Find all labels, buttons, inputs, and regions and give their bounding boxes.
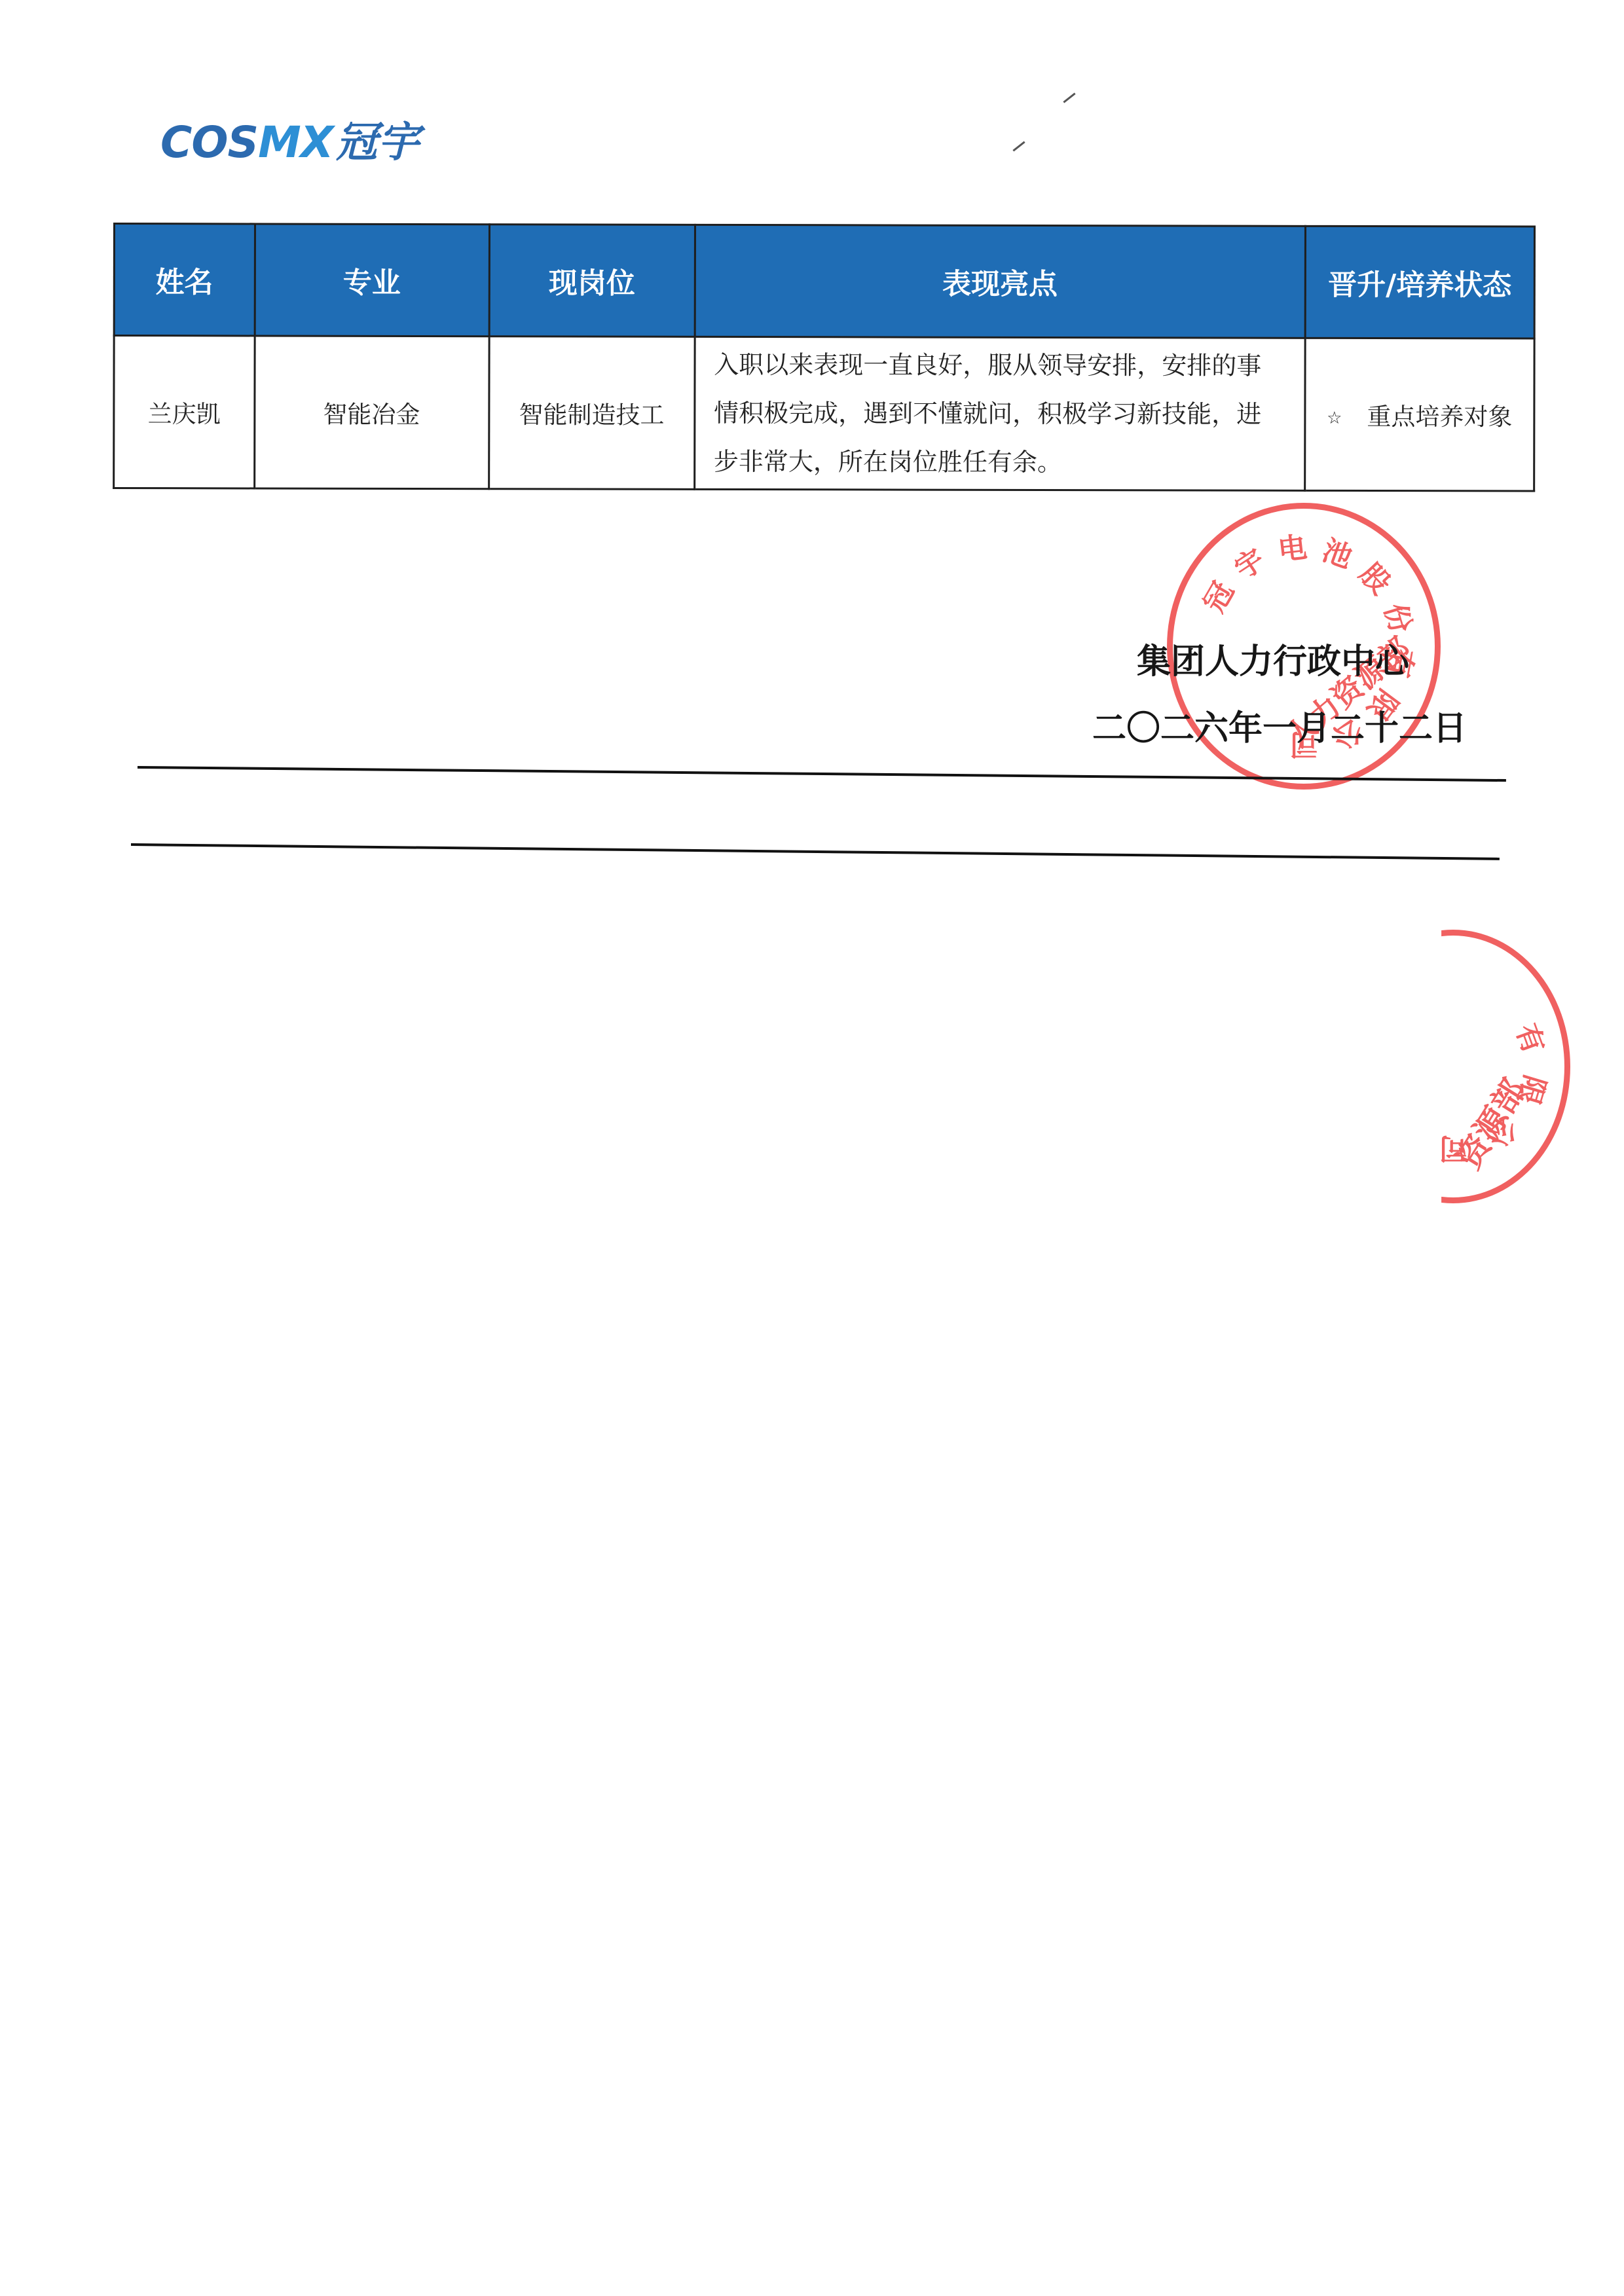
header-status: 晋升/培养状态 (1305, 226, 1534, 338)
header-highlight: 表现亮点 (695, 225, 1305, 338)
cell-position: 智能制造技工 (489, 337, 695, 490)
cell-highlight: 入职以来表现一直良好，服从领导安排，安排的事情积极完成，遇到不懂就问，积极学习新… (694, 337, 1305, 490)
cell-status: ☆重点培养对象 (1305, 338, 1535, 491)
stamp-center-text: 资源部 (1443, 1068, 1536, 1176)
signature-block: 集团人力行政中心 二〇二六年一月二十二日 (1048, 645, 1467, 746)
stamp-char: 股 (1352, 552, 1403, 602)
status-text: 重点培养对象 (1367, 403, 1512, 431)
cell-name: 兰庆凯 (114, 336, 255, 488)
divider-line (131, 843, 1500, 860)
logo-mx: MX (258, 117, 333, 168)
scan-artifact-mark (1012, 141, 1025, 152)
cell-major: 智能冶金 (254, 336, 489, 489)
issuing-department: 集团人力行政中心 (1048, 645, 1409, 679)
stamp-char: 冠 (1191, 573, 1242, 619)
employee-evaluation-table: 姓名 专业 现岗位 表现亮点 晋升/培养状态 兰庆凯 智能冶金 智能制造技工 入… (113, 223, 1536, 492)
scan-artifact-mark (1063, 93, 1075, 103)
stamp-char: 电 (1276, 524, 1309, 569)
company-logo: COSMX 冠宇 (160, 121, 420, 164)
logo-cjk-text: 冠宇 (336, 122, 420, 164)
table-header-row: 姓名 专业 现岗位 表现亮点 晋升/培养状态 (114, 224, 1534, 339)
star-icon: ☆ (1327, 408, 1342, 428)
stamp-char: 池 (1318, 527, 1359, 576)
partial-seal-stamp: 有限公司 资源部 (1336, 930, 1570, 1203)
stamp-char: 有 (1508, 1017, 1557, 1058)
header-major: 专业 (255, 224, 489, 337)
stamp-char: 宇 (1225, 537, 1272, 588)
issue-date: 二〇二六年一月二十二日 (1048, 712, 1467, 746)
header-position: 现岗位 (489, 225, 695, 337)
table-row: 兰庆凯 智能冶金 智能制造技工 入职以来表现一直良好，服从领导安排，安排的事情积… (114, 336, 1534, 492)
header-name: 姓名 (114, 224, 255, 336)
logo-latin-text: COSMX (160, 121, 333, 164)
logo-cos: COS (160, 117, 258, 168)
